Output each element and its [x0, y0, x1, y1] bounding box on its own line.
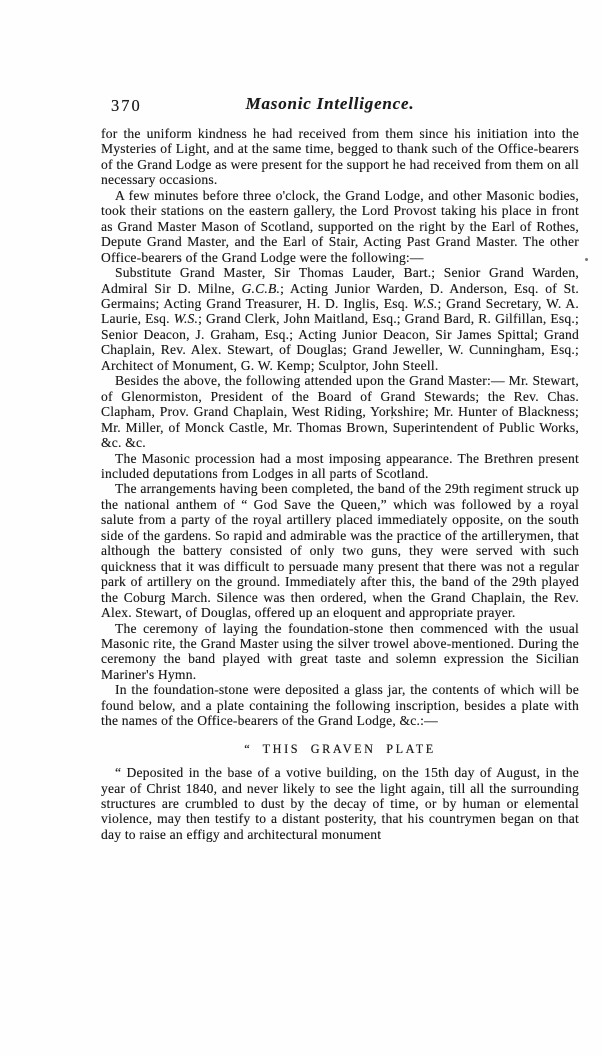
- text-run: The ceremony of laying the foundation-st…: [101, 621, 579, 682]
- italic-run: G.C.B.: [241, 281, 280, 296]
- text-run: The Masonic procession had a most imposi…: [101, 451, 579, 481]
- paragraph: The arrangements having been completed, …: [101, 481, 579, 620]
- text-run: Besides the above, the following attende…: [101, 373, 579, 450]
- paragraph: In the foundation-stone were deposited a…: [101, 682, 579, 728]
- running-title: Masonic Intelligence.: [91, 94, 569, 114]
- scan-speck: [391, 417, 393, 419]
- body-paragraphs: for the uniform kindness he had received…: [101, 126, 579, 729]
- book-page: 370 Masonic Intelligence. for the unifor…: [0, 0, 601, 1056]
- paragraph: Substitute Grand Master, Sir Thomas Laud…: [101, 265, 579, 373]
- paragraph: The ceremony of laying the foundation-st…: [101, 621, 579, 683]
- plate-paragraphs: “ Deposited in the base of a votive buil…: [101, 765, 579, 842]
- running-header: 370 Masonic Intelligence.: [101, 94, 579, 118]
- paragraph: A few minutes before three o'clock, the …: [101, 188, 579, 265]
- text-run: The arrangements having been completed, …: [101, 481, 579, 620]
- text-run: for the uniform kindness he had received…: [101, 126, 579, 187]
- scan-speck: [585, 258, 588, 261]
- italic-run: W.S.: [413, 296, 437, 311]
- text-run: A few minutes before three o'clock, the …: [101, 188, 579, 265]
- paragraph: for the uniform kindness he had received…: [101, 126, 579, 188]
- text-run: “ Deposited in the base of a votive buil…: [101, 765, 579, 842]
- page-body: for the uniform kindness he had received…: [101, 126, 579, 842]
- paragraph: Besides the above, the following attende…: [101, 373, 579, 450]
- paragraph: “ Deposited in the base of a votive buil…: [101, 765, 579, 842]
- text-run: In the foundation-stone were deposited a…: [101, 682, 579, 728]
- paragraph: The Masonic procession had a most imposi…: [101, 451, 579, 482]
- italic-run: W.S.: [174, 311, 198, 326]
- plate-heading: “ THIS GRAVEN PLATE: [101, 742, 579, 757]
